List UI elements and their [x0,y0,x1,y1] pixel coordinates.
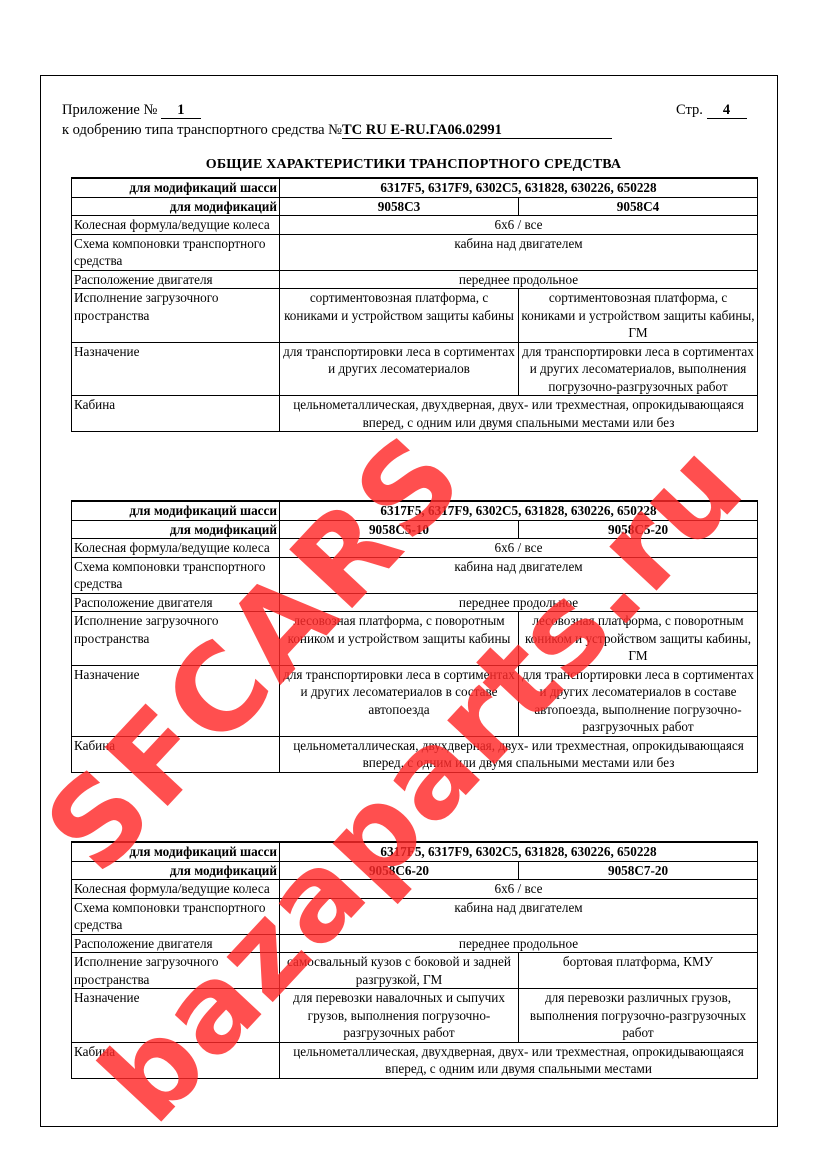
row-label: Колесная формула/ведущие колеса [72,880,280,899]
row-label: Схема компоновки транспортного средства [72,557,280,593]
row-label: Кабина [72,396,280,432]
row-value: цельнометаллическая, двухдверная, двух- … [280,396,758,432]
chassis-row: для модификаций шасси6317F5, 6317F9, 630… [72,501,758,520]
row-value: цельнометаллическая, двухдверная, двух- … [280,1042,758,1078]
chassis-label: для модификаций шасси [72,501,280,520]
modification-name: 9058C7-20 [519,861,758,880]
row-value: переднее продольное [280,593,758,612]
row-value: сортиментовозная платформа, с кониками и… [280,289,519,343]
table-row: Колесная формула/ведущие колеса6x6 / все [72,880,758,899]
row-label: Назначение [72,342,280,396]
row-value: для транспортировки леса в сортиментах и… [280,665,519,736]
row-label: Исполнение загрузочного пространства [72,289,280,343]
spec-table: для модификаций шасси6317F5, 6317F9, 630… [71,841,758,1079]
table-row: Исполнение загрузочного пространствасорт… [72,289,758,343]
chassis-value: 6317F5, 6317F9, 6302C5, 631828, 630226, … [280,501,758,520]
approval-line: к одобрению типа транспортного средства … [62,122,612,139]
row-label: Назначение [72,989,280,1043]
page-line: Стр. 4 [676,102,747,119]
table-row: Назначениедля транспортировки леса в сор… [72,665,758,736]
row-value: для перевозки различных грузов, выполнен… [519,989,758,1043]
row-label: Кабина [72,1042,280,1078]
row-value: лесовозная платформа, с поворотным коник… [280,612,519,666]
modifications-row: для модификаций9058C5-109058C5-20 [72,520,758,539]
table-row: Назначениедля транспортировки леса в сор… [72,342,758,396]
row-value: лесовозная платформа, с поворотным коник… [519,612,758,666]
row-value: кабина над двигателем [280,234,758,270]
modification-name: 9058C3 [280,197,519,216]
row-value: для транспортировки леса в сортиментах и… [519,342,758,396]
table-row: Исполнение загрузочного пространствалесо… [72,612,758,666]
chassis-row: для модификаций шасси6317F5, 6317F9, 630… [72,178,758,197]
modifications-label: для модификаций [72,520,280,539]
table-row: Расположение двигателяпереднее продольно… [72,593,758,612]
page-number: 4 [707,102,747,119]
row-label: Исполнение загрузочного пространства [72,953,280,989]
row-label: Схема компоновки транспортного средства [72,234,280,270]
chassis-label: для модификаций шасси [72,178,280,197]
row-label: Расположение двигателя [72,593,280,612]
table-row: Кабинацельнометаллическая, двухдверная, … [72,1042,758,1078]
chassis-row: для модификаций шасси6317F5, 6317F9, 630… [72,842,758,861]
table-row: Схема компоновки транспортного средствак… [72,898,758,934]
modification-name: 9058C6-20 [280,861,519,880]
row-value: цельнометаллическая, двухдверная, двух- … [280,736,758,772]
spec-table: для модификаций шасси6317F5, 6317F9, 630… [71,500,758,773]
table-row: Схема компоновки транспортного средствак… [72,557,758,593]
document-title: ОБЩИЕ ХАРАКТЕРИСТИКИ ТРАНСПОРТНОГО СРЕДС… [0,157,827,173]
table-row: Колесная формула/ведущие колеса6x6 / все [72,216,758,235]
approval-number: TC RU E-RU.ГА06.02991 [342,122,612,139]
spec-table: для модификаций шасси6317F5, 6317F9, 630… [71,177,758,432]
appendix-number: 1 [161,102,201,119]
row-value: 6x6 / все [280,880,758,899]
row-label: Колесная формула/ведущие колеса [72,539,280,558]
modifications-label: для модификаций [72,861,280,880]
row-label: Назначение [72,665,280,736]
row-value: кабина над двигателем [280,557,758,593]
modifications-label: для модификаций [72,197,280,216]
modification-name: 9058C4 [519,197,758,216]
row-label: Исполнение загрузочного пространства [72,612,280,666]
modification-name: 9058C5-20 [519,520,758,539]
row-value: самосвальный кузов с боковой и задней ра… [280,953,519,989]
table-row: Колесная формула/ведущие колеса6x6 / все [72,539,758,558]
page-label: Стр. [676,102,703,118]
appendix-label: Приложение № [62,102,157,118]
row-value: переднее продольное [280,270,758,289]
row-value: для транспортировки леса в сортиментах и… [519,665,758,736]
table-row: Назначениедля перевозки навалочных и сып… [72,989,758,1043]
row-value: для перевозки навалочных и сыпучих грузо… [280,989,519,1043]
table-row: Расположение двигателяпереднее продольно… [72,934,758,953]
appendix-line: Приложение № 1 [62,102,201,119]
table-row: Схема компоновки транспортного средствак… [72,234,758,270]
row-value: сортиментовозная платформа, с кониками и… [519,289,758,343]
row-label: Колесная формула/ведущие колеса [72,216,280,235]
row-value: бортовая платформа, КМУ [519,953,758,989]
chassis-label: для модификаций шасси [72,842,280,861]
row-value: переднее продольное [280,934,758,953]
modifications-row: для модификаций9058C6-209058C7-20 [72,861,758,880]
approval-label: к одобрению типа транспортного средства … [62,122,342,138]
row-label: Расположение двигателя [72,934,280,953]
row-label: Схема компоновки транспортного средства [72,898,280,934]
chassis-value: 6317F5, 6317F9, 6302C5, 631828, 630226, … [280,842,758,861]
modifications-row: для модификаций9058C39058C4 [72,197,758,216]
row-value: 6x6 / все [280,216,758,235]
table-row: Кабинацельнометаллическая, двухдверная, … [72,736,758,772]
row-value: для транспортировки леса в сортиментах и… [280,342,519,396]
row-label: Расположение двигателя [72,270,280,289]
row-value: 6x6 / все [280,539,758,558]
table-row: Расположение двигателяпереднее продольно… [72,270,758,289]
row-value: кабина над двигателем [280,898,758,934]
table-row: Исполнение загрузочного пространствасамо… [72,953,758,989]
table-row: Кабинацельнометаллическая, двухдверная, … [72,396,758,432]
row-label: Кабина [72,736,280,772]
modification-name: 9058C5-10 [280,520,519,539]
chassis-value: 6317F5, 6317F9, 6302C5, 631828, 630226, … [280,178,758,197]
